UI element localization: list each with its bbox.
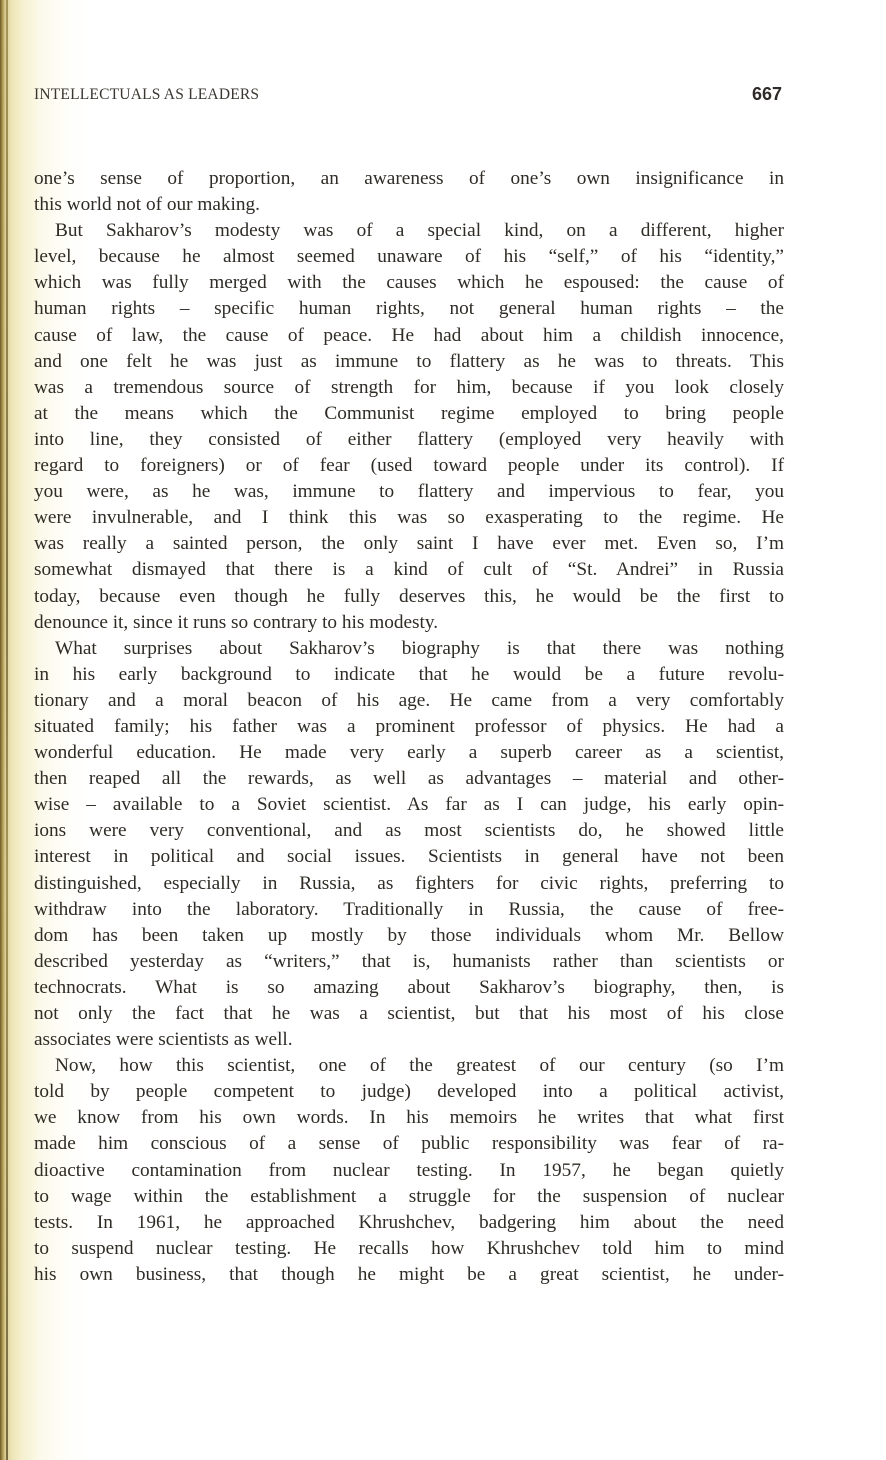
text-line: were invulnerable, and I think this was … (34, 505, 784, 531)
text-line: wise – available to a Soviet scientist. … (34, 792, 784, 818)
text-line: withdraw into the laboratory. Traditiona… (34, 897, 784, 923)
text-line: was really a sainted person, the only sa… (34, 531, 784, 557)
text-line: wonderful education. He made very early … (34, 740, 784, 766)
text-line: cause of law, the cause of peace. He had… (34, 323, 784, 349)
text-line: interest in political and social issues.… (34, 844, 784, 870)
text-line: ions were very conventional, and as most… (34, 818, 784, 844)
text-line: regard to foreigners) or of fear (used t… (34, 453, 784, 479)
text-line: distinguished, especially in Russia, as … (34, 871, 784, 897)
paragraph: But Sakharov’s modesty was of a special … (34, 218, 784, 636)
text-line: situated family; his father was a promin… (34, 714, 784, 740)
paragraph: What surprises about Sakharov’s biograph… (34, 636, 784, 1054)
text-line: at the means which the Communist regime … (34, 401, 784, 427)
text-line: But Sakharov’s modesty was of a special … (34, 218, 784, 244)
text-line: What surprises about Sakharov’s biograph… (34, 636, 784, 662)
paragraph: one’s sense of proportion, an awareness … (34, 166, 784, 218)
text-line: tionary and a moral beacon of his age. H… (34, 688, 784, 714)
paragraph: Now, how this scientist, one of the grea… (34, 1053, 784, 1288)
text-line: level, because he almost seemed unaware … (34, 244, 784, 270)
text-line: today, because even though he fully dese… (34, 584, 784, 610)
page-spine-shadow (6, 0, 8, 1460)
text-line: tests. In 1961, he approached Khrushchev… (34, 1210, 784, 1236)
text-line: Now, how this scientist, one of the grea… (34, 1053, 784, 1079)
running-header: INTELLECTUALS AS LEADERS 667 (34, 86, 782, 110)
book-page: INTELLECTUALS AS LEADERS 667 one’s sense… (0, 0, 886, 1460)
text-line: this world not of our making. (34, 192, 784, 218)
text-line: told by people competent to judge) devel… (34, 1079, 784, 1105)
text-line: we know from his own words. In his memoi… (34, 1105, 784, 1131)
text-line: dioactive contamination from nuclear tes… (34, 1158, 784, 1184)
text-line: in his early background to indicate that… (34, 662, 784, 688)
text-line: dom has been taken up mostly by those in… (34, 923, 784, 949)
text-line: you were, as he was, immune to flattery … (34, 479, 784, 505)
body-text: one’s sense of proportion, an awareness … (34, 166, 784, 1288)
text-line: to wage within the establishment a strug… (34, 1184, 784, 1210)
text-line: made him conscious of a sense of public … (34, 1131, 784, 1157)
text-line: technocrats. What is so amazing about Sa… (34, 975, 784, 1001)
text-line: into line, they consisted of either flat… (34, 427, 784, 453)
text-line: and one felt he was just as immune to fl… (34, 349, 784, 375)
chapter-title: INTELLECTUALS AS LEADERS (34, 86, 259, 104)
text-line: somewhat dismayed that there is a kind o… (34, 557, 784, 583)
page-number: 667 (752, 84, 782, 105)
text-line: was a tremendous source of strength for … (34, 375, 784, 401)
text-line: associates were scientists as well. (34, 1027, 784, 1053)
text-line: denounce it, since it runs so contrary t… (34, 610, 784, 636)
text-line: one’s sense of proportion, an awareness … (34, 166, 784, 192)
text-line: not only the fact that he was a scientis… (34, 1001, 784, 1027)
text-line: then reaped all the rewards, as well as … (34, 766, 784, 792)
text-line: his own business, that though he might b… (34, 1262, 784, 1288)
text-line: described yesterday as “writers,” that i… (34, 949, 784, 975)
text-line: to suspend nuclear testing. He recalls h… (34, 1236, 784, 1262)
text-line: human rights – specific human rights, no… (34, 296, 784, 322)
text-line: which was fully merged with the causes w… (34, 270, 784, 296)
